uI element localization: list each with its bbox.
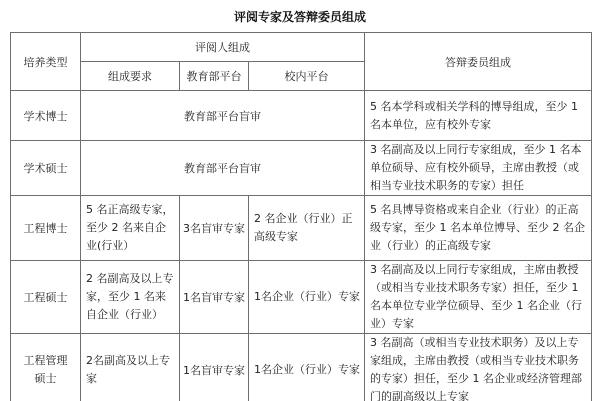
- cell-defense: 5 名本学科或相关学科的博导组成，至少 1 名本单位，应有校外专家: [365, 91, 592, 141]
- committee-composition-table: 培养类型 评阅人组成 答辩委员组成 组成要求 教育部平台 校内平台 学术博士 教…: [10, 32, 592, 401]
- cell-reviewers-merged: 教育部平台盲审: [81, 91, 365, 141]
- cell-school-platform: 2 名企业（行业）正高级专家: [249, 196, 365, 261]
- table-row: 工程管理硕士 2名副高及以上专家 1名盲审专家 1名企业（行业）专家 3 名副高…: [11, 334, 592, 401]
- cell-moe-platform: 1名盲审专家: [180, 261, 249, 334]
- cell-school-platform: 1名企业（行业）专家: [249, 334, 365, 401]
- cell-moe-platform: 1名盲审专家: [180, 334, 249, 401]
- cell-defense: 3 名副高及以上同行专家组成，至少 1 名本单位硕导、应有校外硕导，主席由教授（…: [365, 141, 592, 196]
- header-school-platform: 校内平台: [249, 62, 365, 91]
- cell-school-platform: 1名企业（行业）专家: [249, 261, 365, 334]
- table-row: 工程博士 5 名正高级专家，至少 2 名来自企业(行业） 3名盲审专家 2 名企…: [11, 196, 592, 261]
- cell-requirement: 2名副高及以上专家: [81, 334, 180, 401]
- cell-training-type: 工程博士: [11, 196, 81, 261]
- table-row: 学术博士 教育部平台盲审 5 名本学科或相关学科的博导组成，至少 1 名本单位，…: [11, 91, 592, 141]
- cell-reviewers-merged: 教育部平台盲审: [81, 141, 365, 196]
- cell-requirement: 2 名副高及以上专家，至少 1 名来自企业（行业）: [81, 261, 180, 334]
- cell-training-type: 工程硕士: [11, 261, 81, 334]
- header-requirement: 组成要求: [81, 62, 180, 91]
- document-title: 评阅专家及答辩委员组成: [0, 8, 600, 25]
- table-row: 学术硕士 教育部平台盲审 3 名副高及以上同行专家组成，至少 1 名本单位硕导、…: [11, 141, 592, 196]
- header-training-type: 培养类型: [11, 33, 81, 91]
- header-reviewers: 评阅人组成: [81, 33, 365, 62]
- cell-defense: 3 名副高（或相当专业技术职务）及以上专家组成，主席由教授（或相当专业技术职务的…: [365, 334, 592, 401]
- header-row: 培养类型 评阅人组成 答辩委员组成: [11, 33, 592, 62]
- cell-training-type: 工程管理硕士: [11, 334, 81, 401]
- cell-training-type: 学术硕士: [11, 141, 81, 196]
- cell-moe-platform: 3名盲审专家: [180, 196, 249, 261]
- cell-defense: 5 名具博导资格或来自企业（行业）的正高级专家，至少 1 名本单位博导、至少 2…: [365, 196, 592, 261]
- cell-training-type: 学术博士: [11, 91, 81, 141]
- cell-defense: 3 名副高及以上同行专家组成，主席由教授（或相当专业技术职务专家）担任，至少 1…: [365, 261, 592, 334]
- header-moe-platform: 教育部平台: [180, 62, 249, 91]
- table-row: 工程硕士 2 名副高及以上专家，至少 1 名来自企业（行业） 1名盲审专家 1名…: [11, 261, 592, 334]
- cell-requirement: 5 名正高级专家，至少 2 名来自企业(行业）: [81, 196, 180, 261]
- header-defense-committee: 答辩委员组成: [365, 33, 592, 91]
